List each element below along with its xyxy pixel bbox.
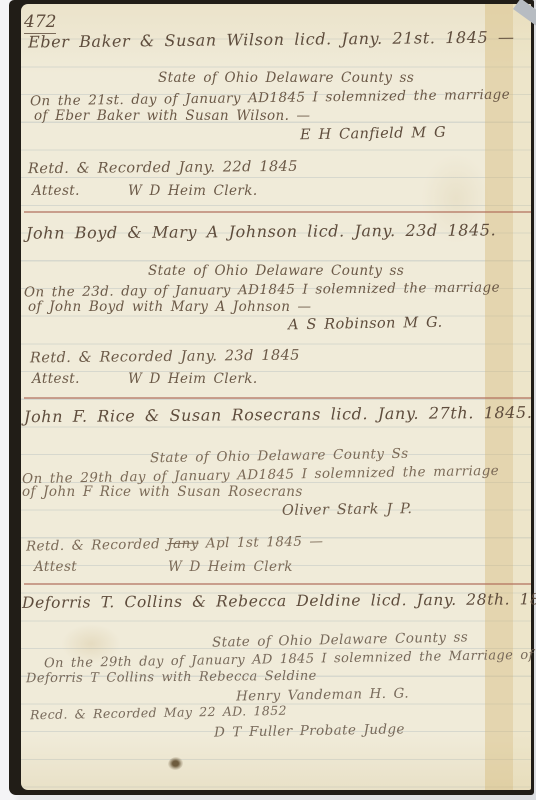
solemnized-line-2: of John Boyd with Mary A Johnson — xyxy=(28,299,311,315)
state-county-line: State of Ohio Delaware County ss xyxy=(148,263,404,279)
entry-headline: Deforris T. Collins & Rebecca Deldine li… xyxy=(22,590,536,612)
page-number: 472 xyxy=(24,12,56,34)
entry-separator-line xyxy=(24,211,531,213)
recorded-line: Retd. & Recorded Jany. 23d 1845 xyxy=(30,348,300,367)
recorded-text: Retd. & Recorded Jany. 22d 1845 xyxy=(28,159,298,177)
attest-label: Attest xyxy=(34,559,77,575)
clerk-signature: W D Heim Clerk xyxy=(168,559,293,575)
entry-headline: John Boyd & Mary A Johnson licd. Jany. 2… xyxy=(26,220,496,242)
entry-separator-line xyxy=(24,397,531,399)
recorded-line: Retd. & Recorded Jany. 22d 1845 xyxy=(28,159,298,177)
state-county-line: State of Ohio Delaware County ss xyxy=(158,70,414,86)
attest-label: Attest. xyxy=(32,183,80,199)
officiant-signature: E H Canfield M G xyxy=(300,125,446,144)
solemnized-line-2: Deforris T Collins with Rebecca Seldine xyxy=(26,669,317,687)
recorded-text: Retd. & Recorded xyxy=(26,536,168,554)
officiant-signature: Oliver Stark J P. xyxy=(282,501,413,519)
entry-separator-line xyxy=(24,583,531,585)
recorded-text: Retd. & Recorded Jany. 23d 1845 xyxy=(30,348,300,367)
scanned-ledger-page: 472 Eber Baker & Susan Wilson licd. Jany… xyxy=(0,0,536,800)
recorded-date: Apl 1st 1845 — xyxy=(199,533,324,551)
attest-label: Attest. xyxy=(32,371,80,387)
judge-signature: D T Fuller Probate Judge xyxy=(214,721,405,740)
clerk-signature: W D Heim Clerk. xyxy=(128,371,258,387)
clerk-signature: W D Heim Clerk. xyxy=(128,183,258,199)
officiant-signature: Henry Vandeman H. G. xyxy=(236,685,409,704)
officiant-signature: A S Robinson M G. xyxy=(288,315,443,334)
recorded-strikethrough: Jany xyxy=(167,536,199,553)
solemnized-line-2: of Eber Baker with Susan Wilson. — xyxy=(34,108,310,124)
solemnized-line-2: of John F Rice with Susan Rosecrans xyxy=(22,484,303,500)
